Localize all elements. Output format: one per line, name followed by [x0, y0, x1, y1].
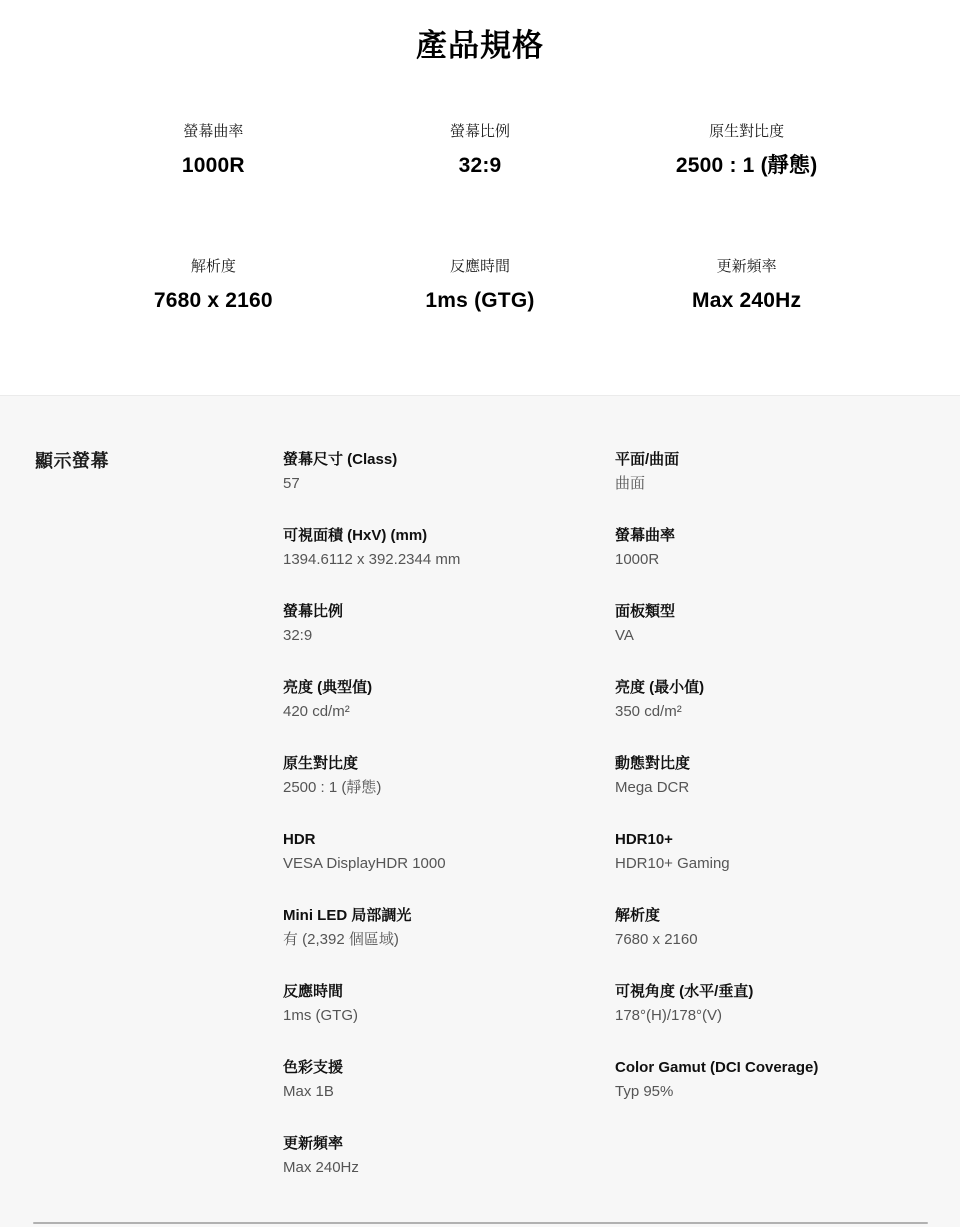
highlight-cell: 螢幕曲率 1000R — [80, 122, 347, 178]
spec-item-value: HDR10+ Gaming — [615, 852, 960, 876]
spec-item-value: 57 — [283, 472, 615, 496]
spec-item: 更新頻率 Max 240Hz — [283, 1132, 615, 1180]
spec-item-value: 350 cd/m² — [615, 700, 960, 724]
spec-item-label: 螢幕比例 — [283, 600, 615, 624]
spec-item: 色彩支援 Max 1B — [283, 1056, 615, 1104]
spec-item-value: 7680 x 2160 — [615, 928, 960, 952]
spec-item-label: 可視面積 (HxV) (mm) — [283, 524, 615, 548]
highlight-value: 2500 : 1 (靜態) — [613, 153, 880, 178]
spec-item-label: 可視角度 (水平/垂直) — [615, 980, 960, 1004]
spec-item: 面板類型 VA — [615, 600, 960, 648]
spec-item-label: 原生對比度 — [283, 752, 615, 776]
highlight-cell: 原生對比度 2500 : 1 (靜態) — [613, 122, 880, 178]
display-spec-section: 顯示螢幕 螢幕尺寸 (Class) 57 平面/曲面 曲面 可視面積 (HxV)… — [0, 395, 960, 1227]
spec-item-label: 螢幕曲率 — [615, 524, 960, 548]
highlight-value: Max 240Hz — [613, 288, 880, 313]
section-bottom-divider — [33, 1222, 928, 1224]
highlight-label: 更新頻率 — [613, 257, 880, 277]
product-spec-page: 產品規格 螢幕曲率 1000R 螢幕比例 32:9 原生對比度 2500 : 1… — [0, 0, 960, 1227]
spec-item-label: 亮度 (典型值) — [283, 676, 615, 700]
spec-item-value: 曲面 — [615, 472, 960, 496]
highlight-value: 1000R — [80, 153, 347, 178]
spec-item-value: Max 240Hz — [283, 1156, 615, 1180]
spec-item: 螢幕尺寸 (Class) 57 — [283, 448, 615, 496]
spec-item-label: HDR — [283, 828, 615, 852]
highlight-cell: 反應時間 1ms (GTG) — [347, 257, 614, 313]
spec-item-label: 色彩支援 — [283, 1056, 615, 1080]
spec-item-value: VA — [615, 624, 960, 648]
spec-item-label: Mini LED 局部調光 — [283, 904, 615, 928]
spec-item: 可視角度 (水平/垂直) 178°(H)/178°(V) — [615, 980, 960, 1028]
spec-item-label: 面板類型 — [615, 600, 960, 624]
spec-item-value: 178°(H)/178°(V) — [615, 1004, 960, 1028]
spec-item-value: Max 1B — [283, 1080, 615, 1104]
highlight-value: 7680 x 2160 — [80, 288, 347, 313]
spec-item-value: VESA DisplayHDR 1000 — [283, 852, 615, 876]
spec-item: 亮度 (最小值) 350 cd/m² — [615, 676, 960, 724]
spec-item: Mini LED 局部調光 有 (2,392 個區域) — [283, 904, 615, 952]
spec-item: HDR VESA DisplayHDR 1000 — [283, 828, 615, 876]
spec-item-value: 有 (2,392 個區域) — [283, 928, 615, 952]
spec-item: 螢幕曲率 1000R — [615, 524, 960, 572]
highlight-label: 反應時間 — [347, 257, 614, 277]
spec-item-label: 平面/曲面 — [615, 448, 960, 472]
spec-item: 動態對比度 Mega DCR — [615, 752, 960, 800]
spec-highlights: 螢幕曲率 1000R 螢幕比例 32:9 原生對比度 2500 : 1 (靜態)… — [80, 122, 880, 313]
highlight-label: 解析度 — [80, 257, 347, 277]
spec-item: 反應時間 1ms (GTG) — [283, 980, 615, 1028]
spec-item: 可視面積 (HxV) (mm) 1394.6112 x 392.2344 mm — [283, 524, 615, 572]
highlight-label: 原生對比度 — [613, 122, 880, 142]
spec-item-label: 解析度 — [615, 904, 960, 928]
highlight-cell: 螢幕比例 32:9 — [347, 122, 614, 178]
spec-item-label: 動態對比度 — [615, 752, 960, 776]
highlight-value: 32:9 — [347, 153, 614, 178]
spec-item: Color Gamut (DCI Coverage) Typ 95% — [615, 1056, 960, 1104]
spec-item: 平面/曲面 曲面 — [615, 448, 960, 496]
spec-item-value: 2500 : 1 (靜態) — [283, 776, 615, 800]
spec-item-label: 螢幕尺寸 (Class) — [283, 448, 615, 472]
spec-item: 解析度 7680 x 2160 — [615, 904, 960, 952]
spec-item-value: 1ms (GTG) — [283, 1004, 615, 1028]
highlight-value: 1ms (GTG) — [347, 288, 614, 313]
spec-item-value: 32:9 — [283, 624, 615, 648]
spec-item-label: 更新頻率 — [283, 1132, 615, 1156]
spec-list: 螢幕尺寸 (Class) 57 平面/曲面 曲面 可視面積 (HxV) (mm)… — [283, 448, 960, 1180]
spec-item-label: HDR10+ — [615, 828, 960, 852]
spec-item-value: Mega DCR — [615, 776, 960, 800]
page-title: 產品規格 — [0, 0, 960, 65]
highlight-label: 螢幕曲率 — [80, 122, 347, 142]
spec-item: 螢幕比例 32:9 — [283, 600, 615, 648]
spec-item-value: Typ 95% — [615, 1080, 960, 1104]
highlight-label: 螢幕比例 — [347, 122, 614, 142]
highlight-cell: 解析度 7680 x 2160 — [80, 257, 347, 313]
spec-item-label: Color Gamut (DCI Coverage) — [615, 1056, 960, 1080]
spec-item: HDR10+ HDR10+ Gaming — [615, 828, 960, 876]
spec-item: 原生對比度 2500 : 1 (靜態) — [283, 752, 615, 800]
spec-item: 亮度 (典型值) 420 cd/m² — [283, 676, 615, 724]
spec-item-value: 1000R — [615, 548, 960, 572]
spec-item-value: 420 cd/m² — [283, 700, 615, 724]
highlight-cell: 更新頻率 Max 240Hz — [613, 257, 880, 313]
spec-item-value: 1394.6112 x 392.2344 mm — [283, 548, 615, 572]
section-heading: 顯示螢幕 — [35, 448, 283, 474]
spec-item-label: 反應時間 — [283, 980, 615, 1004]
spec-item-label: 亮度 (最小值) — [615, 676, 960, 700]
